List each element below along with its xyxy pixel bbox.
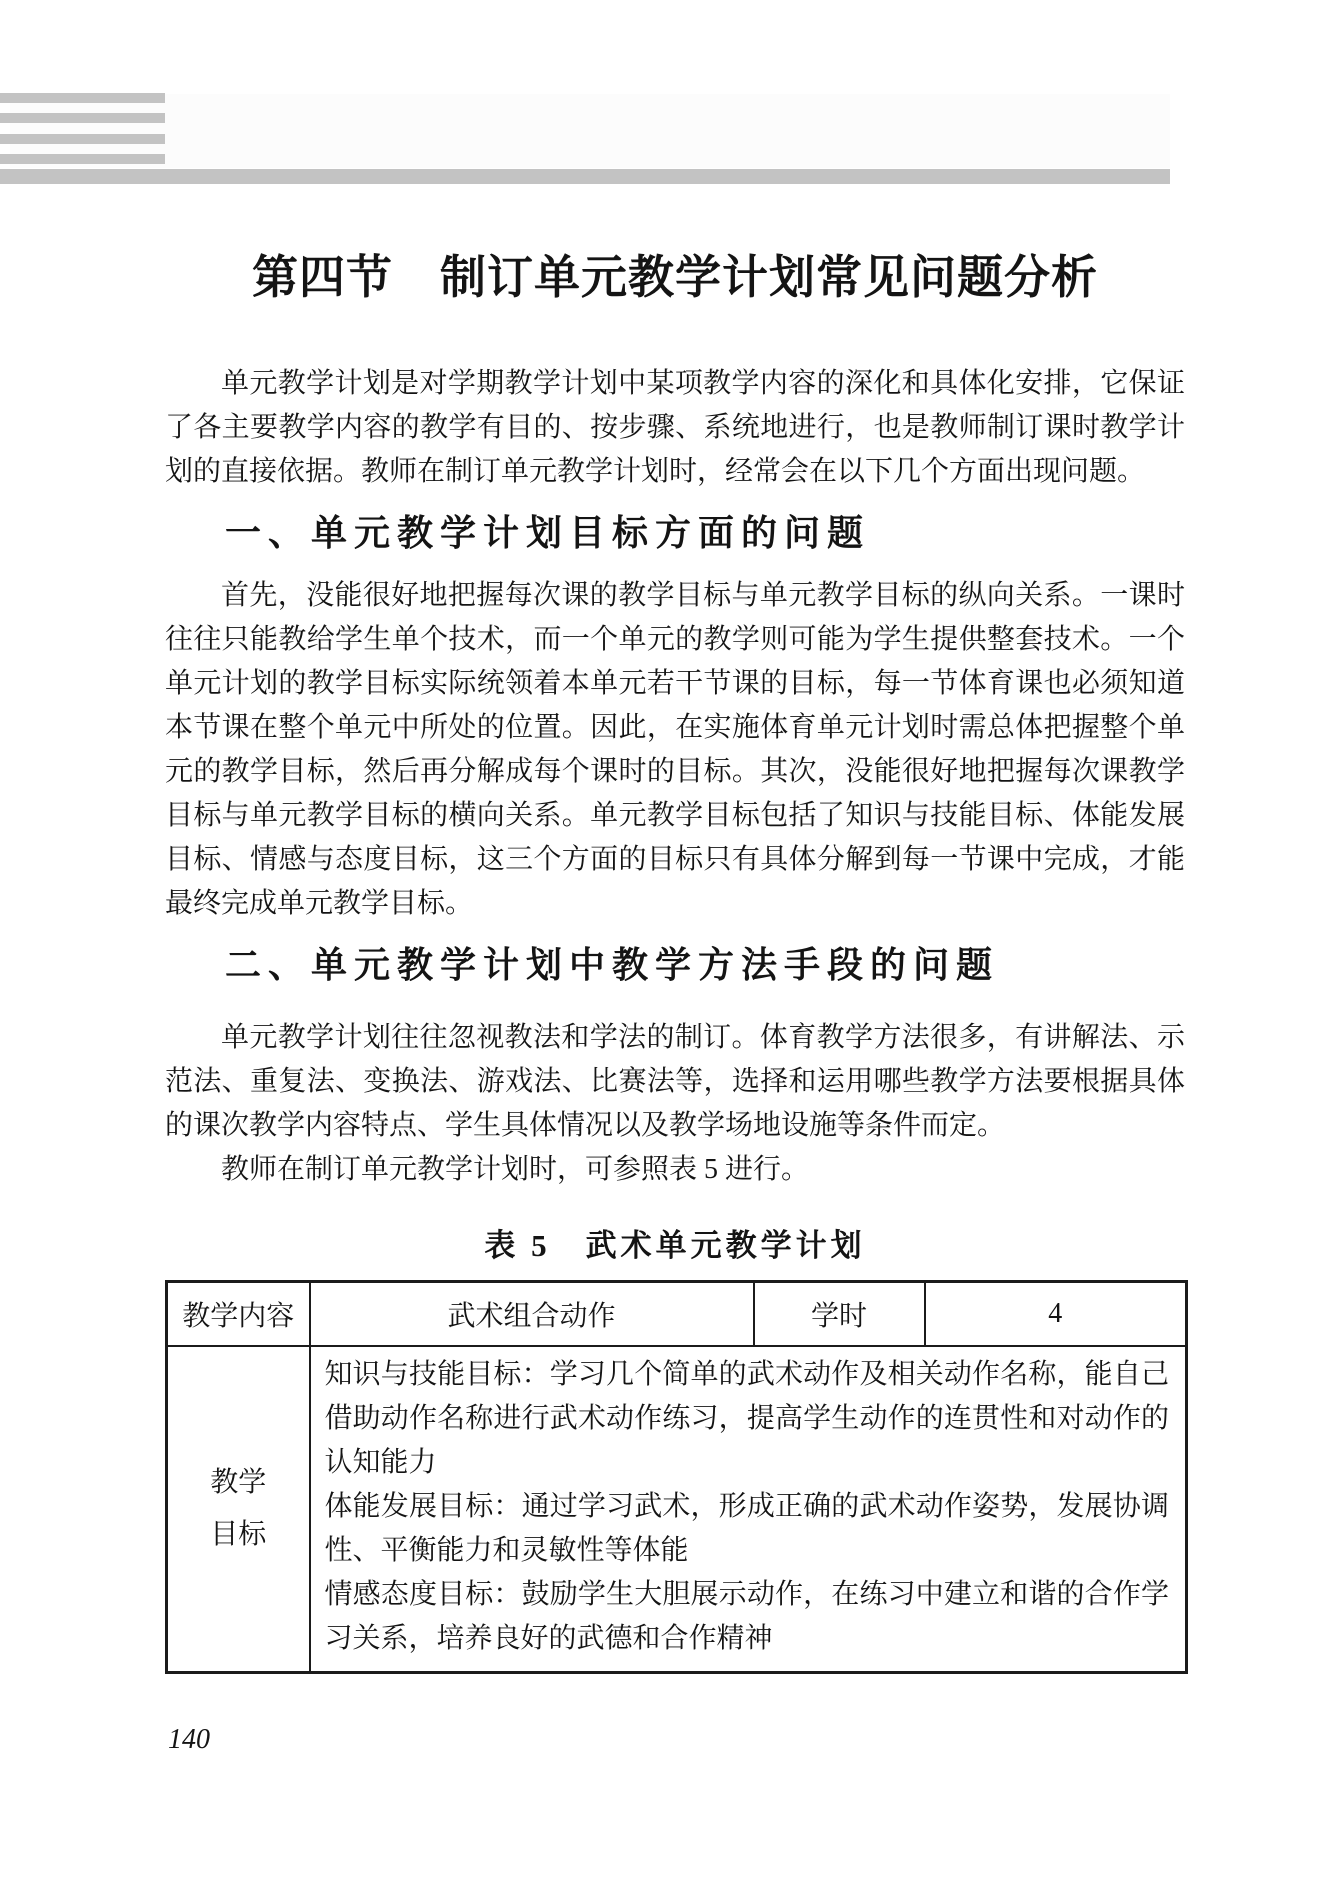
page-number: 140 — [168, 1724, 210, 1756]
table-row-header: 教学内容 武术组合动作 学时 4 — [167, 1282, 1187, 1346]
header-decoration-bar — [0, 93, 165, 103]
header-decoration-bar — [0, 154, 165, 164]
intro-paragraph: 单元教学计划是对学期教学计划中某项教学内容的深化和具体化安排，它保证了各主要教学… — [165, 362, 1185, 494]
goals-label-cell: 教学 目标 — [167, 1346, 310, 1673]
goal-item-physical: 体能发展目标：通过学习武术，形成正确的武术动作姿势，发展协调性、平衡能力和灵敏性… — [325, 1485, 1170, 1573]
hours-value-cell: 4 — [925, 1282, 1187, 1346]
section-2-heading: 二、单元教学计划中教学方法手段的问题 — [165, 940, 1185, 990]
goal-item-knowledge-skill: 知识与技能目标：学习几个简单的武术动作及相关动作名称，能自己借助动作名称进行武术… — [325, 1353, 1170, 1485]
content-label-cell: 教学内容 — [167, 1282, 310, 1346]
goals-content-cell: 知识与技能目标：学习几个简单的武术动作及相关动作名称，能自己借助动作名称进行武术… — [310, 1346, 1187, 1673]
header-decoration-bar — [0, 134, 165, 144]
page-title: 第四节 制订单元教学计划常见问题分析 — [165, 250, 1185, 306]
page-content: 第四节 制订单元教学计划常见问题分析 单元教学计划是对学期教学计划中某项教学内容… — [165, 0, 1185, 1674]
section-1-heading: 一、单元教学计划目标方面的问题 — [165, 508, 1185, 558]
unit-plan-table: 教学内容 武术组合动作 学时 4 教学 目标 知识与技能目标：学习几个简单的武术… — [165, 1280, 1188, 1674]
header-decoration-bar — [0, 113, 165, 123]
section-2-paragraph: 单元教学计划往往忽视教法和学法的制订。体育教学方法很多，有讲解法、示范法、重复法… — [165, 1016, 1185, 1148]
section-1-paragraph: 首先，没能很好地把握每次课的教学目标与单元教学目标的纵向关系。一课时往往只能教给… — [165, 574, 1185, 926]
table-caption: 表 5 武术单元教学计划 — [165, 1224, 1185, 1268]
goal-item-affective: 情感态度目标：鼓励学生大胆展示动作，在练习中建立和谐的合作学习关系，培养良好的武… — [325, 1573, 1170, 1661]
content-value-cell: 武术组合动作 — [310, 1282, 754, 1346]
table-reference-note: 教师在制订单元教学计划时，可参照表 5 进行。 — [165, 1148, 1185, 1192]
hours-label-cell: 学时 — [754, 1282, 925, 1346]
table-row-goals: 教学 目标 知识与技能目标：学习几个简单的武术动作及相关动作名称，能自己借助动作… — [167, 1346, 1187, 1673]
